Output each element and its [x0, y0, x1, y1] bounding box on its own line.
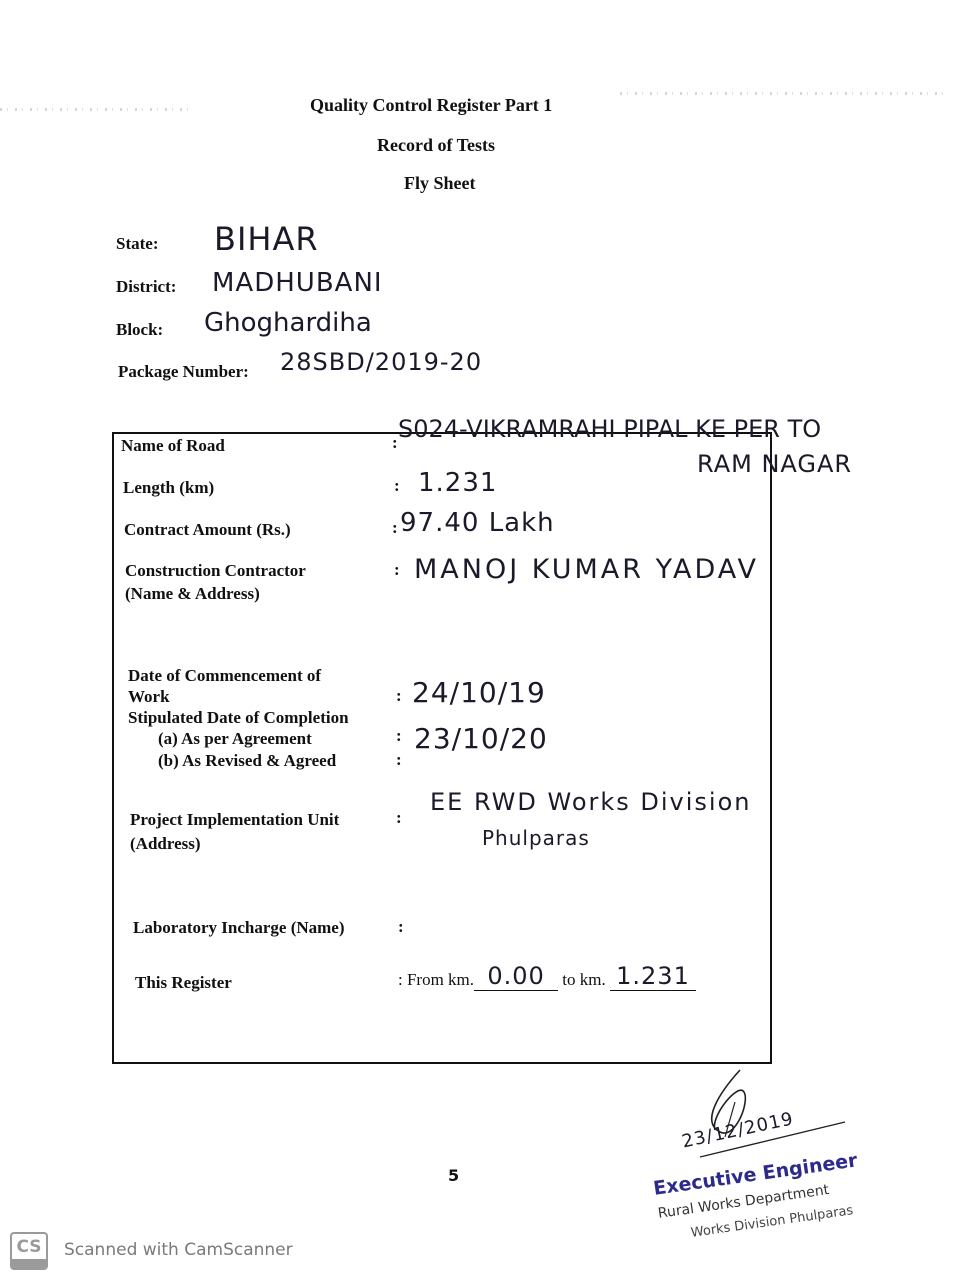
colon: :: [396, 808, 402, 828]
camscanner-logo-text: CS: [16, 1237, 41, 1257]
amount-value: 97.40 Lakh: [400, 508, 555, 538]
block-value: Ghoghardiha: [204, 308, 372, 338]
agreement-value: 23/10/20: [414, 722, 548, 755]
colon: :: [398, 917, 404, 937]
from-km-label: : From km.: [398, 970, 474, 989]
camscanner-logo: CS: [10, 1232, 48, 1270]
piu-value-continued: Phulparas: [482, 826, 590, 850]
piu-label-sub: (Address): [130, 833, 201, 854]
colon: :: [392, 433, 398, 453]
commencement-label-sub: Work: [128, 686, 170, 707]
amount-label: Contract Amount (Rs.): [124, 519, 291, 540]
commencement-label: Date of Commencement of: [128, 665, 321, 686]
colon: :: [394, 476, 400, 496]
register-label: This Register: [135, 972, 232, 993]
agreement-label: (a) As per Agreement: [158, 728, 312, 749]
colon: :: [396, 726, 402, 746]
block-label: Block:: [116, 319, 163, 340]
piu-value: EE RWD Works Division: [430, 788, 752, 816]
piu-label: Project Implementation Unit: [130, 809, 339, 830]
camscanner-watermark: Scanned with CamScanner: [64, 1240, 293, 1260]
page-number: 5: [448, 1166, 459, 1185]
road-value-continued: RAM NAGAR: [697, 450, 852, 478]
district-value: MADHUBANI: [212, 268, 383, 298]
to-km-label: to km.: [562, 970, 605, 989]
register-range: : From km.0.00 to km. 1.231: [398, 962, 696, 991]
lab-incharge-label: Laboratory Incharge (Name): [133, 917, 345, 938]
from-km-value: 0.00: [487, 962, 544, 990]
colon: :: [394, 560, 400, 580]
to-km-value-line: 1.231: [610, 962, 696, 991]
package-label: Package Number:: [118, 361, 249, 382]
state-value: BIHAR: [214, 220, 319, 258]
contractor-label-sub: (Name & Address): [125, 583, 260, 604]
length-label: Length (km): [123, 477, 214, 498]
sheet-title: Fly Sheet: [404, 173, 476, 194]
commencement-value: 24/10/19: [412, 676, 546, 709]
register-subtitle: Record of Tests: [377, 135, 495, 156]
from-km-value-line: 0.00: [474, 962, 558, 991]
colon: :: [392, 518, 398, 538]
scan-artifact: [620, 92, 950, 95]
revised-label: (b) As Revised & Agreed: [158, 750, 336, 771]
to-km-value: 1.231: [616, 962, 690, 990]
district-label: District:: [116, 276, 176, 297]
contractor-value: MANOJ KUMAR YADAV: [414, 554, 759, 585]
package-value: 28SBD/2019-20: [280, 348, 482, 376]
contractor-label: Construction Contractor: [125, 560, 306, 581]
register-title: Quality Control Register Part 1: [310, 95, 552, 116]
state-label: State:: [116, 233, 158, 254]
road-label: Name of Road: [121, 435, 225, 456]
length-value: 1.231: [418, 468, 497, 498]
colon: :: [396, 750, 402, 770]
scan-artifact: [0, 108, 190, 111]
colon: :: [396, 686, 402, 706]
stipulated-label: Stipulated Date of Completion: [128, 707, 349, 728]
road-value: S024-VIKRAMRAHI PIPAL KE PER TO: [398, 415, 821, 443]
